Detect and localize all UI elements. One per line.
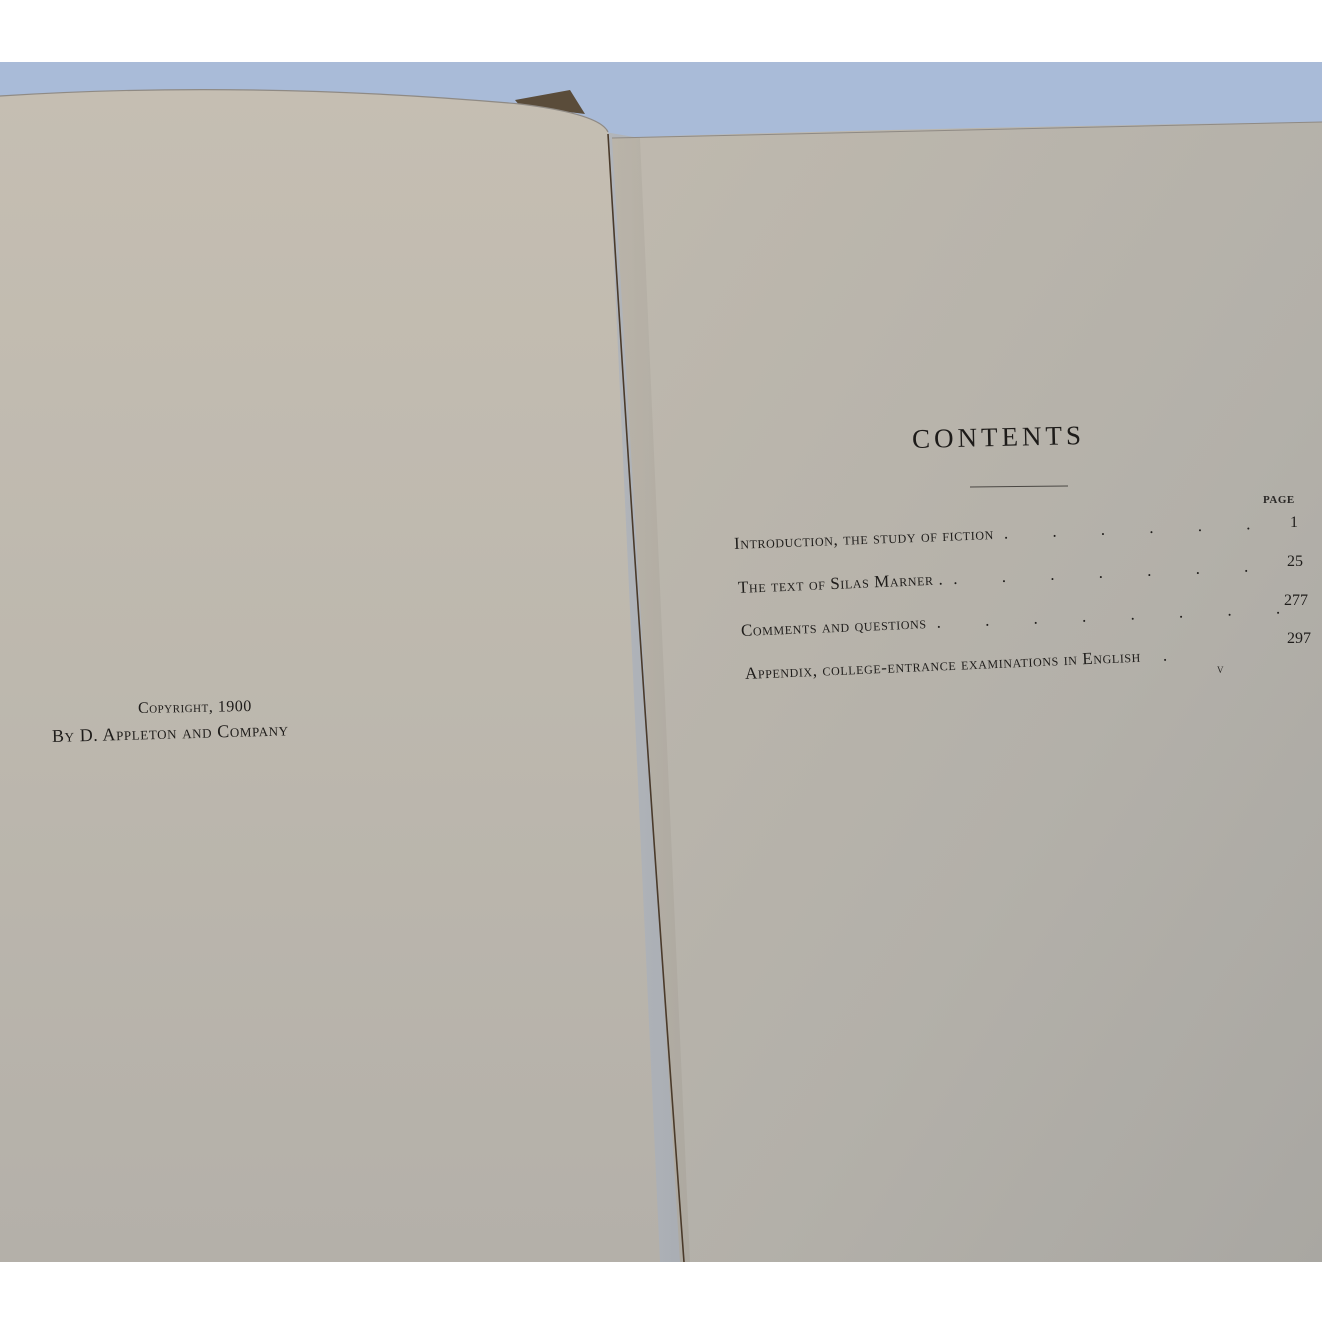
toc-entry-page: 25 <box>1287 553 1303 571</box>
page-folio: v <box>1217 661 1224 677</box>
toc-entry-page: 297 <box>1287 630 1311 648</box>
left-page <box>0 90 660 1262</box>
right-page <box>612 122 1322 1262</box>
toc-entry-page: 277 <box>1284 592 1308 610</box>
toc-entry-page: 1 <box>1290 514 1298 532</box>
page-column-label: PAGE <box>1263 494 1295 506</box>
book-photo: Copyright, 1900 By D. Appleton and Compa… <box>0 62 1322 1262</box>
copyright-line: Copyright, 1900 <box>138 698 252 718</box>
leader-dots: . <box>1162 646 1167 665</box>
contents-title: CONTENTS <box>912 420 1086 455</box>
